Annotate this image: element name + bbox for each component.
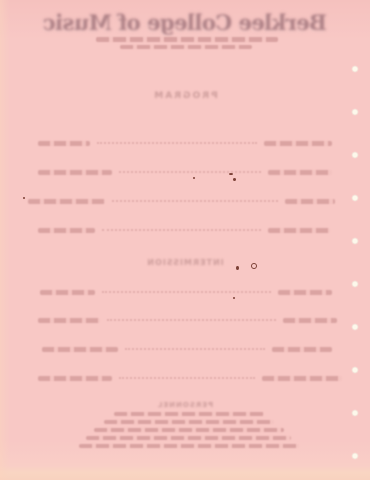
- composer-name-bleed: [268, 170, 332, 175]
- punch-hole: [352, 453, 358, 459]
- composer-name-bleed: [285, 199, 335, 204]
- punch-hole: [352, 195, 358, 201]
- ink-speck: [236, 266, 239, 270]
- ink-speck: [233, 297, 235, 299]
- dotted-leader: [97, 142, 257, 144]
- footer-bleed-line: [79, 444, 299, 448]
- ink-speck: [229, 173, 233, 175]
- masthead-subtitle-bleed-line: [120, 45, 252, 49]
- footer-bleed-line: [86, 436, 291, 440]
- piece-title-bleed: [38, 170, 112, 175]
- dotted-leader: [119, 377, 255, 379]
- punch-hole: [352, 109, 358, 115]
- masthead-subtitle-bleed-line: [96, 37, 278, 42]
- piece-title-bleed: [38, 141, 90, 146]
- composer-name-bleed: [262, 376, 342, 381]
- composer-name-bleed: [283, 318, 337, 323]
- punch-hole: [352, 152, 358, 158]
- ink-speck: [251, 263, 257, 269]
- program-row-bleed: [40, 289, 332, 295]
- program-row-bleed: [28, 198, 335, 204]
- punch-hole: [352, 66, 358, 72]
- ink-speck: [233, 178, 236, 181]
- footer-bleed-line: [94, 428, 284, 432]
- composer-name-bleed: [278, 290, 332, 295]
- punch-hole: [352, 238, 358, 244]
- piece-title-bleed: [40, 290, 95, 295]
- intermission-heading-bleed: INTERMISSION: [0, 258, 370, 267]
- program-row-bleed: [38, 317, 337, 323]
- composer-name-bleed: [272, 347, 332, 352]
- program-row-bleed: [42, 346, 332, 352]
- program-row-bleed: [38, 375, 342, 381]
- program-row-bleed: [38, 169, 332, 175]
- piece-title-bleed: [42, 347, 118, 352]
- punch-hole: [352, 410, 358, 416]
- ink-speck: [23, 197, 25, 199]
- punch-hole: [352, 324, 358, 330]
- dotted-leader: [112, 200, 278, 202]
- footer-bleed-line: [114, 412, 264, 416]
- dotted-leader: [119, 171, 261, 173]
- personnel-heading-bleed: PERSONNEL: [0, 401, 370, 409]
- dotted-leader: [102, 291, 271, 293]
- dotted-leader: [107, 319, 276, 321]
- program-row-bleed: [38, 140, 332, 146]
- composer-name-bleed: [268, 228, 330, 233]
- piece-title-bleed: [38, 228, 95, 233]
- scanned-page: Berklee College of Music PROGRAM INTERMI…: [0, 0, 370, 480]
- composer-name-bleed: [264, 141, 332, 146]
- dotted-leader: [125, 348, 265, 350]
- program-heading-bleed: PROGRAM: [0, 91, 370, 101]
- punch-hole: [352, 281, 358, 287]
- ink-speck: [193, 177, 195, 179]
- piece-title-bleed: [38, 318, 100, 323]
- dotted-leader: [102, 229, 261, 231]
- masthead-title-bleed: Berklee College of Music: [0, 10, 370, 35]
- punch-hole: [352, 367, 358, 373]
- footer-bleed-line: [104, 420, 274, 424]
- piece-title-bleed: [38, 376, 112, 381]
- program-row-bleed: [38, 227, 330, 233]
- piece-title-bleed: [28, 199, 105, 204]
